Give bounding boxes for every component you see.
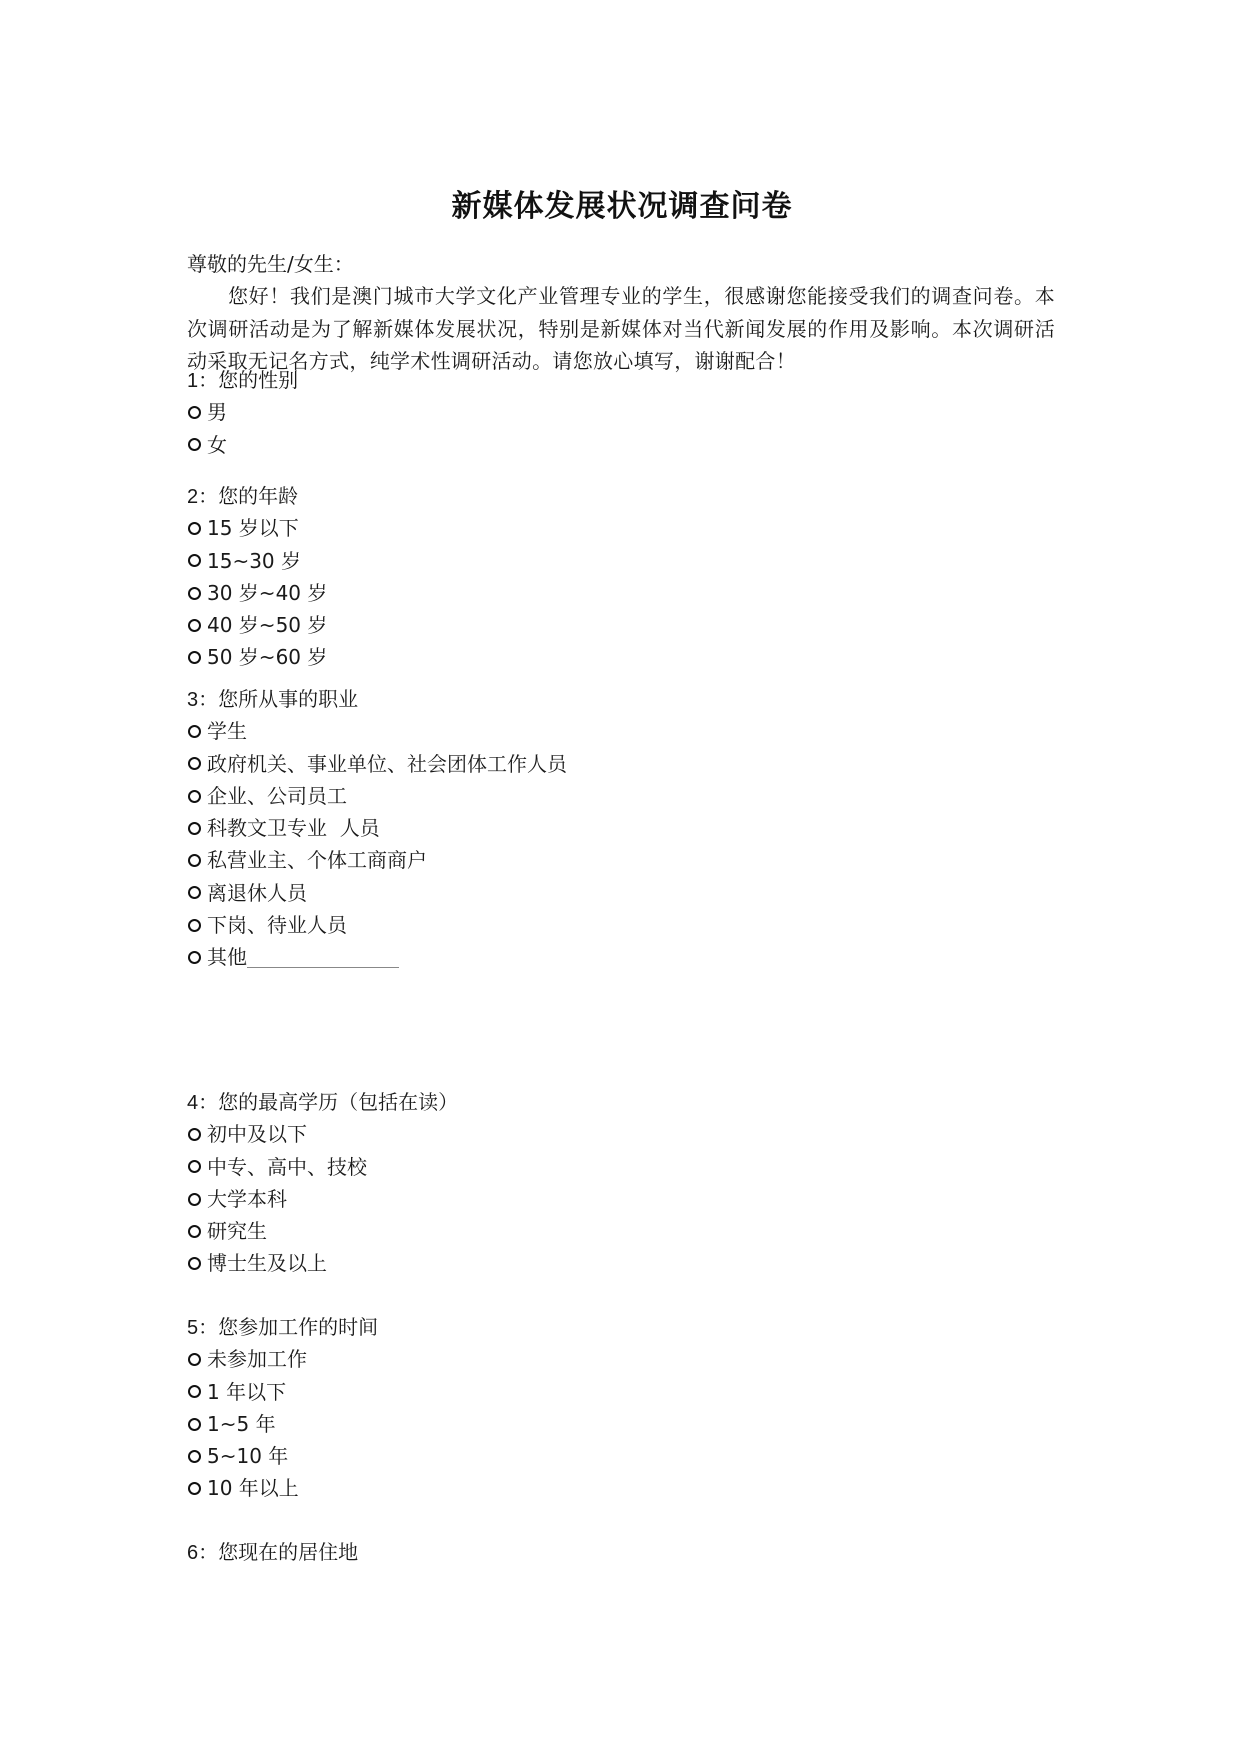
option-label: 学生 [207, 715, 247, 747]
option-company-employee[interactable]: 企业、公司员工 [187, 780, 567, 812]
option-label: 50 岁~60 岁 [207, 641, 327, 673]
radio-circle-icon[interactable] [188, 951, 201, 964]
option-label: 10 年以上 [207, 1472, 299, 1504]
radio-circle-icon[interactable] [188, 1385, 201, 1398]
question-title: 6：您现在的居住地 [187, 1536, 358, 1568]
option-label: 政府机关、事业单位、社会团体工作人员 [207, 748, 567, 780]
question-6: 6：您现在的居住地 [187, 1536, 358, 1568]
option-male[interactable]: 男 [187, 396, 298, 428]
radio-circle-icon[interactable] [188, 619, 201, 632]
option-label: 40 岁~50 岁 [207, 609, 327, 641]
question-number: 5： [187, 1317, 218, 1339]
option-age-40-50[interactable]: 40 岁~50 岁 [187, 609, 327, 641]
option-not-working[interactable]: 未参加工作 [187, 1343, 378, 1375]
radio-circle-icon[interactable] [188, 822, 201, 835]
option-over-10-years[interactable]: 10 年以上 [187, 1472, 378, 1504]
option-retired[interactable]: 离退休人员 [187, 877, 567, 909]
option-student[interactable]: 学生 [187, 715, 567, 747]
radio-circle-icon[interactable] [188, 725, 201, 738]
question-text: 您所从事的职业 [218, 687, 358, 711]
option-other[interactable]: 其他 [187, 941, 567, 973]
option-graduate[interactable]: 研究生 [187, 1215, 458, 1247]
radio-circle-icon[interactable] [188, 1193, 201, 1206]
radio-circle-icon[interactable] [188, 1353, 201, 1366]
option-age-under-15[interactable]: 15 岁以下 [187, 512, 327, 544]
question-2: 2：您的年龄 15 岁以下 15~30 岁 30 岁~40 岁 40 岁~50 … [187, 480, 327, 674]
radio-circle-icon[interactable] [188, 406, 201, 419]
option-label: 15~30 岁 [207, 545, 301, 577]
radio-circle-icon[interactable] [188, 854, 201, 867]
option-label: 30 岁~40 岁 [207, 577, 327, 609]
option-label: 5~10 年 [207, 1440, 288, 1472]
option-label: 博士生及以上 [207, 1247, 327, 1279]
option-doctorate[interactable]: 博士生及以上 [187, 1247, 458, 1279]
question-4: 4：您的最高学历（包括在读） 初中及以下 中专、高中、技校 大学本科 研究生 博… [187, 1086, 458, 1280]
option-age-30-40[interactable]: 30 岁~40 岁 [187, 577, 327, 609]
question-5: 5：您参加工作的时间 未参加工作 1 年以下 1~5 年 5~10 年 10 年… [187, 1311, 378, 1505]
radio-circle-icon[interactable] [188, 886, 201, 899]
radio-circle-icon[interactable] [188, 1450, 201, 1463]
option-under-1-year[interactable]: 1 年以下 [187, 1376, 378, 1408]
radio-circle-icon[interactable] [188, 757, 201, 770]
question-title: 4：您的最高学历（包括在读） [187, 1086, 458, 1118]
option-label: 1 年以下 [207, 1376, 286, 1408]
question-number: 4： [187, 1092, 218, 1114]
document-title: 新媒体发展状况调查问卷 [187, 186, 1057, 228]
question-text: 您的年龄 [218, 484, 298, 508]
option-label: 研究生 [207, 1215, 267, 1247]
radio-circle-icon[interactable] [188, 1418, 201, 1431]
question-title: 5：您参加工作的时间 [187, 1311, 378, 1343]
radio-circle-icon[interactable] [188, 919, 201, 932]
question-text: 您参加工作的时间 [218, 1315, 378, 1339]
radio-circle-icon[interactable] [188, 1225, 201, 1238]
option-5-10-years[interactable]: 5~10 年 [187, 1440, 378, 1472]
question-title: 2：您的年龄 [187, 480, 327, 512]
option-label: 中专、高中、技校 [207, 1151, 367, 1183]
option-label: 男 [207, 396, 227, 428]
radio-circle-icon[interactable] [188, 1160, 201, 1173]
question-number: 2： [187, 486, 218, 508]
question-title: 1：您的性别 [187, 364, 298, 396]
option-bachelor[interactable]: 大学本科 [187, 1183, 458, 1215]
option-unemployed[interactable]: 下岗、待业人员 [187, 909, 567, 941]
radio-circle-icon[interactable] [188, 587, 201, 600]
question-number: 1： [187, 370, 218, 392]
option-label: 科教文卫专业 人员 [207, 812, 380, 844]
option-professional[interactable]: 科教文卫专业 人员 [187, 812, 567, 844]
option-label: 下岗、待业人员 [207, 909, 347, 941]
radio-circle-icon[interactable] [188, 790, 201, 803]
question-number: 6： [187, 1542, 218, 1564]
question-text: 您的最高学历（包括在读） [218, 1090, 458, 1114]
option-label: 其他 [207, 941, 247, 973]
radio-circle-icon[interactable] [188, 438, 201, 451]
radio-circle-icon[interactable] [188, 554, 201, 567]
option-1-5-years[interactable]: 1~5 年 [187, 1408, 378, 1440]
question-text: 您的性别 [218, 368, 298, 392]
option-label: 女 [207, 429, 227, 461]
option-label: 私营业主、个体工商商户 [207, 844, 427, 876]
option-age-15-30[interactable]: 15~30 岁 [187, 545, 327, 577]
option-label: 离退休人员 [207, 877, 307, 909]
option-private-business[interactable]: 私营业主、个体工商商户 [187, 844, 567, 876]
option-label: 未参加工作 [207, 1343, 307, 1375]
radio-circle-icon[interactable] [188, 522, 201, 535]
option-junior-high-or-below[interactable]: 初中及以下 [187, 1118, 458, 1150]
radio-circle-icon[interactable] [188, 1482, 201, 1495]
option-government-staff[interactable]: 政府机关、事业单位、社会团体工作人员 [187, 748, 567, 780]
option-female[interactable]: 女 [187, 429, 298, 461]
radio-circle-icon[interactable] [188, 651, 201, 664]
option-age-50-60[interactable]: 50 岁~60 岁 [187, 641, 327, 673]
salutation: 尊敬的先生/女生： [187, 248, 354, 280]
radio-circle-icon[interactable] [188, 1257, 201, 1270]
intro-paragraph: 您好！我们是澳门城市大学文化产业管理专业的学生，很感谢您能接受我们的调查问卷。本… [187, 280, 1055, 378]
option-label: 大学本科 [207, 1183, 287, 1215]
question-3: 3：您所从事的职业 学生 政府机关、事业单位、社会团体工作人员 企业、公司员工 … [187, 683, 567, 974]
question-number: 3： [187, 689, 218, 711]
option-label: 15 岁以下 [207, 512, 299, 544]
radio-circle-icon[interactable] [188, 1128, 201, 1141]
question-1: 1：您的性别 男 女 [187, 364, 298, 461]
option-label: 1~5 年 [207, 1408, 276, 1440]
question-text: 您现在的居住地 [218, 1540, 358, 1564]
option-label: 企业、公司员工 [207, 780, 347, 812]
other-fill-in-blank[interactable] [247, 947, 399, 968]
option-high-school[interactable]: 中专、高中、技校 [187, 1151, 458, 1183]
option-label: 初中及以下 [207, 1118, 307, 1150]
question-title: 3：您所从事的职业 [187, 683, 567, 715]
